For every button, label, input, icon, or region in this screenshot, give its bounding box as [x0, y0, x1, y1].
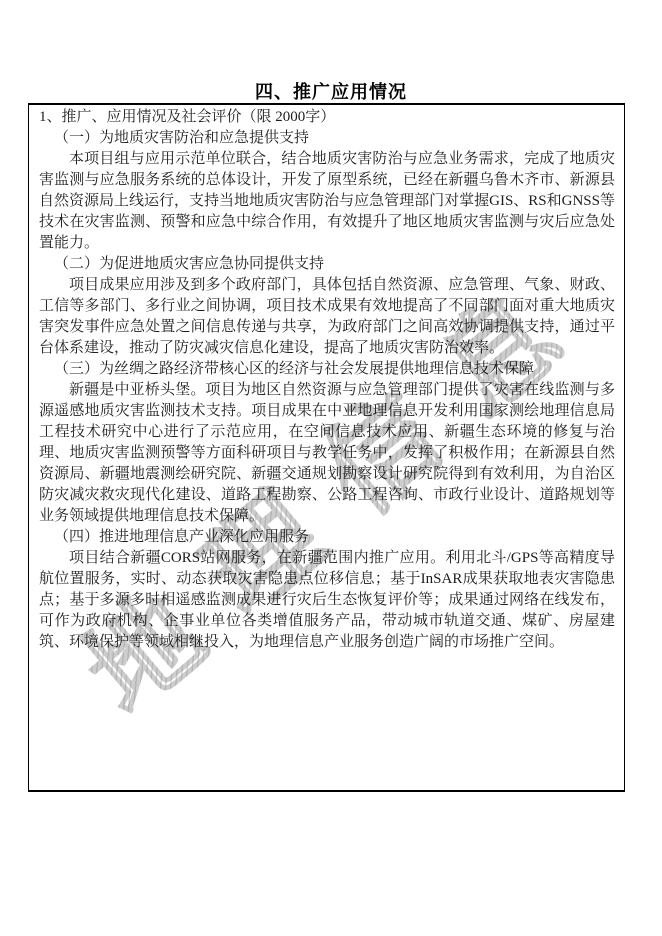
document-page: 地理信息 四、推广应用情况 1、推广、应用情况及社会评价（限 2000字） （一…: [0, 0, 662, 936]
section-heading: （三）为丝绸之路经济带核心区的经济与社会发展提供地理信息技术保障: [39, 359, 615, 380]
section-heading: （二）为促进地质灾害应急协同提供支持: [39, 254, 615, 275]
section-paragraph: 本项目组与应用示范单位联合，结合地质灾害防治与应急业务需求，完成了地质灾害监测与…: [39, 149, 615, 254]
section-heading: （四）推进地理信息产业深化应用服务: [39, 527, 615, 548]
field-label: 1、推广、应用情况及社会评价（限 2000字）: [39, 107, 615, 128]
page-title: 四、推广应用情况: [0, 0, 662, 103]
section-paragraph: 项目成果应用涉及到多个政府部门，具体包括自然资源、应急管理、气象、财政、工信等多…: [39, 275, 615, 359]
section-heading: （一）为地质灾害防治和应急提供支持: [39, 128, 615, 149]
cell-content: 1、推广、应用情况及社会评价（限 2000字） （一）为地质灾害防治和应急提供支…: [29, 105, 624, 653]
section-paragraph: 项目结合新疆CORS站网服务，在新疆范围内推广应用。利用北斗/GPS等高精度导航…: [39, 548, 615, 653]
section-paragraph: 新疆是中亚桥头堡。项目为地区自然资源与应急管理部门提供了灾害在线监测与多源遥感地…: [39, 380, 615, 527]
application-status-table: 1、推广、应用情况及社会评价（限 2000字） （一）为地质灾害防治和应急提供支…: [28, 103, 625, 792]
